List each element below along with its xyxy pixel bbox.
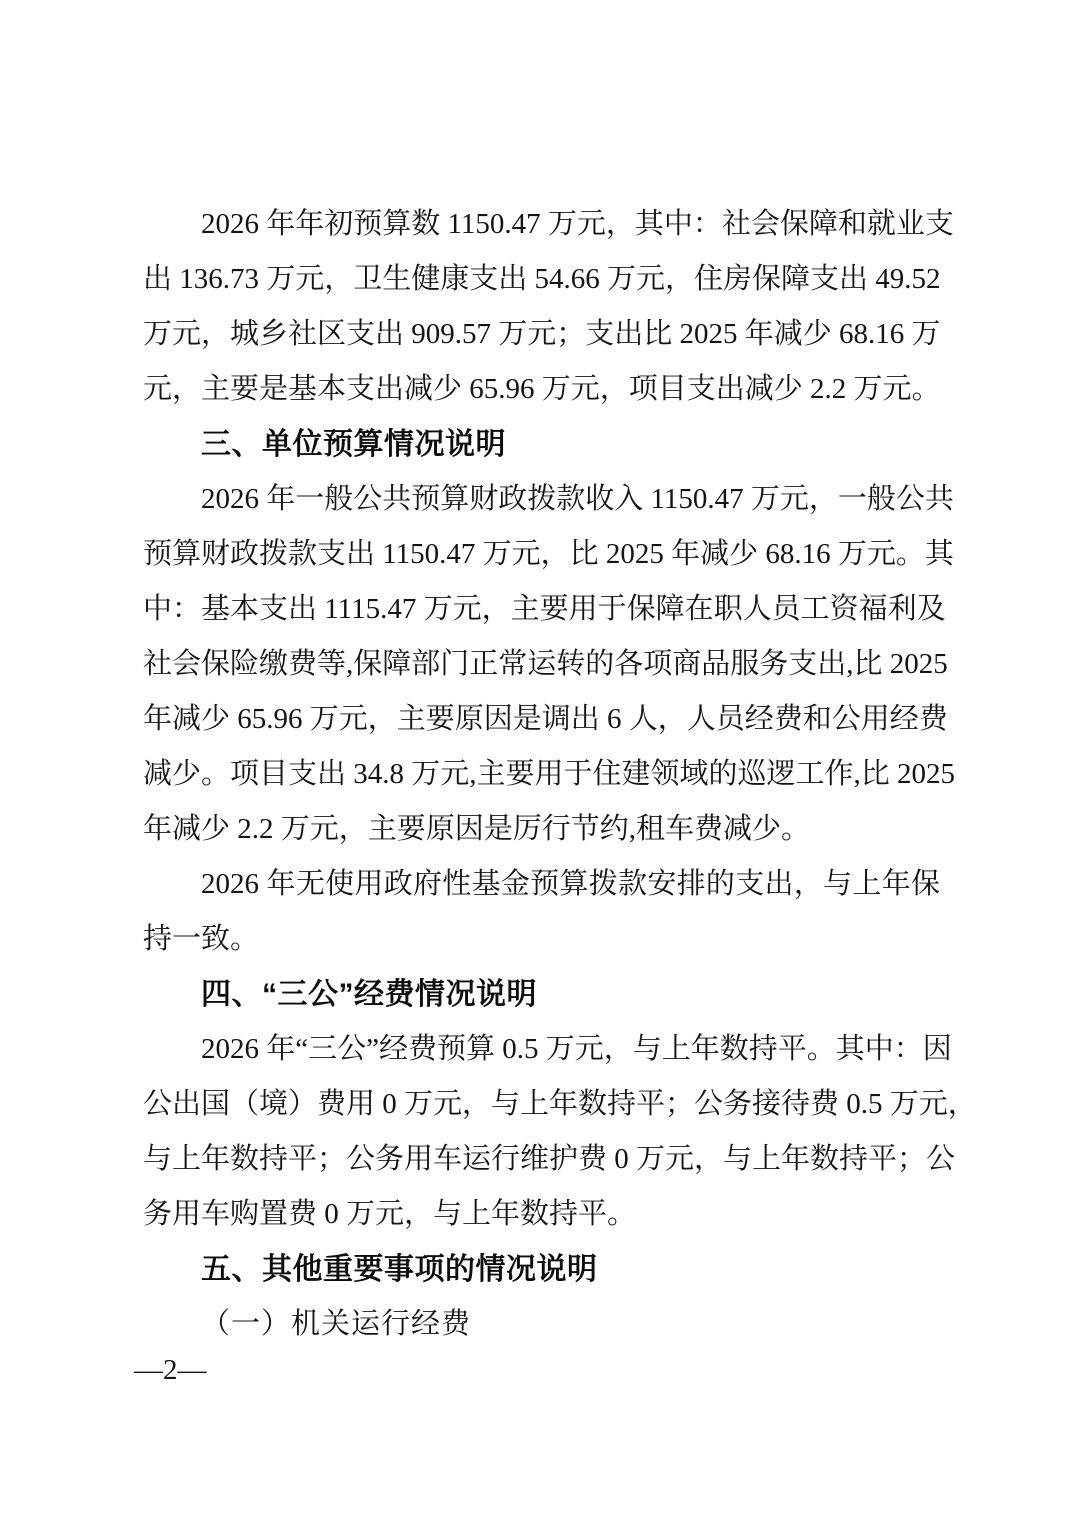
paragraph-line: 务用车购置费 0 万元，与上年数持平。 (143, 1187, 940, 1242)
section-heading-three-public-funds: 四、“三公”经费情况说明 (143, 967, 940, 1022)
paragraph-line: 公出国（境）费用 0 万元，与上年数持平；公务接待费 0.5 万元， (143, 1077, 940, 1132)
section-heading-unit-budget: 三、单位预算情况说明 (143, 417, 940, 472)
paragraph-line: 预算财政拨款支出 1150.47 万元，比 2025 年减少 68.16 万元。… (143, 527, 940, 582)
document-page: 2026 年年初预算数 1150.47 万元，其中：社会保障和就业支 出 136… (0, 0, 1074, 1520)
paragraph-line: 2026 年年初预算数 1150.47 万元，其中：社会保障和就业支 (143, 197, 940, 252)
paragraph-line: 年减少 65.96 万元，主要原因是调出 6 人，人员经费和公用经费 (143, 692, 940, 747)
section-heading-other-items: 五、其他重要事项的情况说明 (143, 1242, 940, 1297)
paragraph-line: 2026 年一般公共预算财政拨款收入 1150.47 万元，一般公共 (143, 472, 940, 527)
paragraph-line: 年减少 2.2 万元，主要原因是厉行节约,租车费减少。 (143, 802, 940, 857)
subsection-heading-agency-operating-funds: （一）机关运行经费 (143, 1297, 940, 1352)
page-number: —2— (134, 1350, 207, 1390)
paragraph-line: 中：基本支出 1115.47 万元，主要用于保障在职人员工资福利及 (143, 582, 940, 637)
paragraph-line: 减少。项目支出 34.8 万元,主要用于住建领域的巡逻工作,比 2025 (143, 747, 940, 802)
paragraph-line: 与上年数持平；公务用车运行维护费 0 万元，与上年数持平；公 (143, 1132, 940, 1187)
paragraph-line: 2026 年无使用政府性基金预算拨款安排的支出，与上年保 (143, 857, 940, 912)
paragraph-line: 元，主要是基本支出减少 65.96 万元，项目支出减少 2.2 万元。 (143, 362, 940, 417)
paragraph-line: 万元，城乡社区支出 909.57 万元；支出比 2025 年减少 68.16 万 (143, 307, 940, 362)
paragraph-line: 社会保险缴费等,保障部门正常运转的各项商品服务支出,比 2025 (143, 637, 940, 692)
paragraph-line: 持一致。 (143, 912, 940, 967)
paragraph-line: 出 136.73 万元，卫生健康支出 54.66 万元，住房保障支出 49.52 (143, 252, 940, 307)
paragraph-line: 2026 年“三公”经费预算 0.5 万元，与上年数持平。其中：因 (143, 1022, 940, 1077)
document-body: 2026 年年初预算数 1150.47 万元，其中：社会保障和就业支 出 136… (143, 197, 940, 1352)
